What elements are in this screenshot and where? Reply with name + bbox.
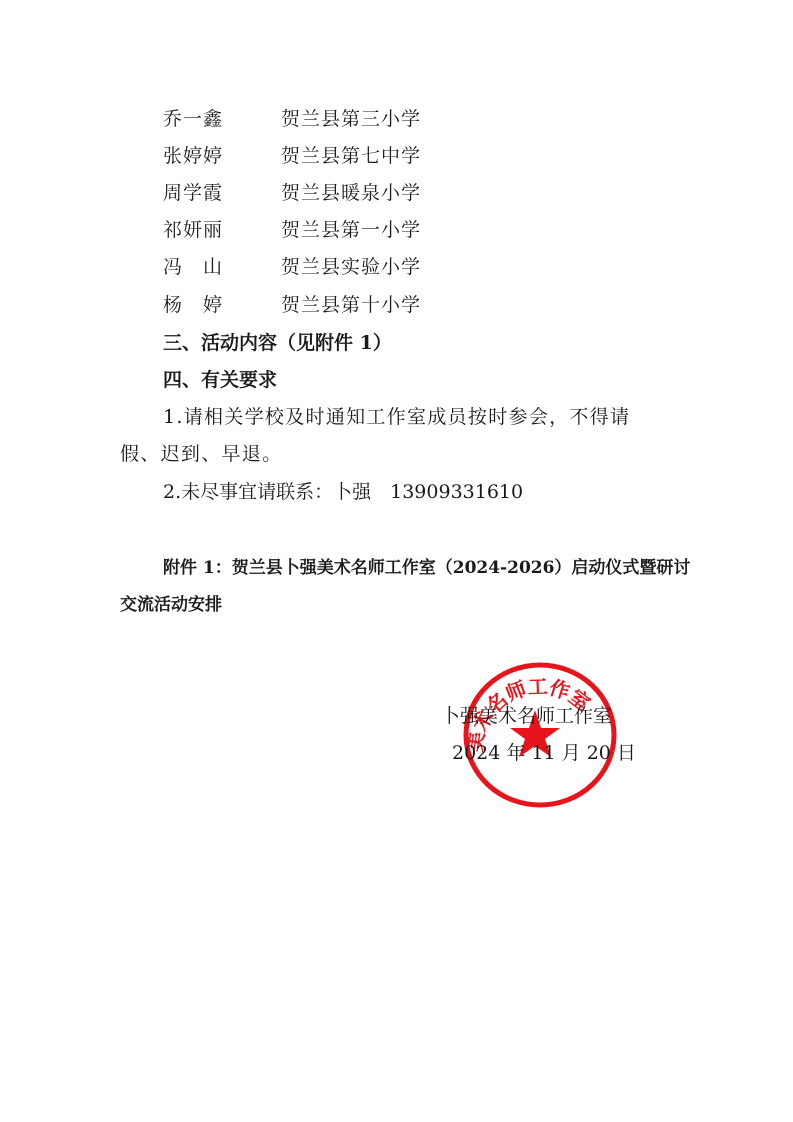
member-school: 贺兰县第一小学 [281,219,421,241]
requirement-1-line-1: 1.请相关学校及时通知工作室成员按时参会，不得请 [163,406,630,428]
member-name: 周学霞 [163,182,223,204]
member-school: 贺兰县第七中学 [281,145,421,167]
signature-organization: 卜强美术名师工作室 [441,705,612,727]
requirement-2-contact: 2.未尽事宜请联系：卜强 13909331610 [163,481,523,503]
member-school: 贺兰县第十小学 [281,294,421,316]
signature-date: 2024 年 11 月 20 日 [452,742,636,764]
section-heading-activity: 三、活动内容（见附件 1） [163,332,392,354]
attachment-title-line-1: 附件 1：贺兰县卜强美术名师工作室（2024-2026）启动仪式暨研讨 [163,557,690,579]
requirement-1-line-2: 假、迟到、早退。 [120,443,282,465]
member-name: 张婷婷 [163,145,223,167]
official-seal-icon: 美术名师工作室 [455,660,625,810]
member-name: 乔一鑫 [163,108,223,130]
member-school: 贺兰县第三小学 [281,108,421,130]
member-name: 祁妍丽 [163,219,223,241]
member-school: 贺兰县实验小学 [281,256,421,278]
member-school: 贺兰县暖泉小学 [281,182,421,204]
member-name: 杨 婷 [163,294,223,316]
member-name: 冯 山 [163,256,223,278]
section-heading-requirements: 四、有关要求 [163,369,277,391]
attachment-title-line-2: 交流活动安排 [120,594,222,616]
